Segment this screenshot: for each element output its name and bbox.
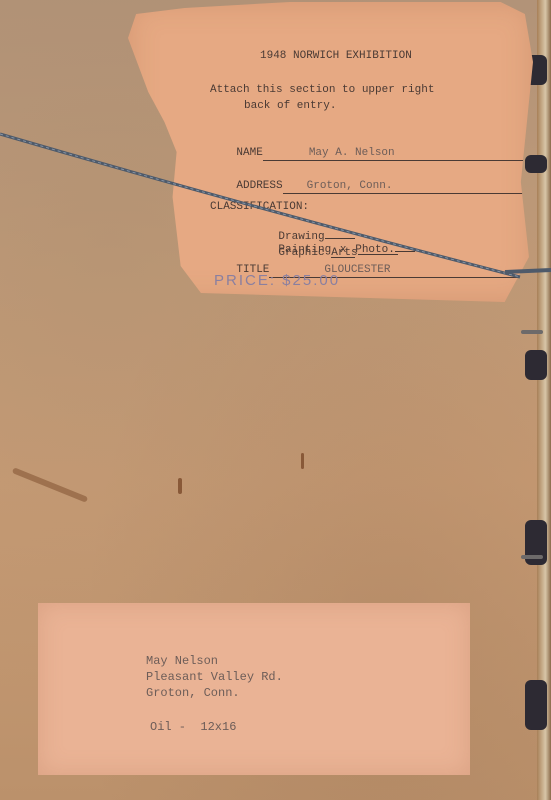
price-handwritten: PRICE: $25.00 [214, 274, 340, 287]
frame-tape [525, 350, 547, 380]
frame-tape [525, 680, 547, 730]
instruction-line-2: back of entry. [244, 100, 336, 113]
frame-nail [521, 555, 543, 559]
artist-name: May Nelson [146, 655, 218, 668]
artist-city: Groton, Conn. [146, 687, 240, 700]
artist-street: Pleasant Valley Rd. [146, 671, 283, 684]
frame-nail [521, 330, 543, 334]
stain-mark [178, 478, 182, 494]
classification-label: CLASSIFICATION: [210, 201, 309, 214]
medium-size: Oil - 12x16 [150, 721, 236, 734]
instruction-line-1: Attach this section to upper right [210, 84, 434, 97]
frame-tape [525, 155, 547, 173]
address-value: Groton, Conn. [283, 180, 533, 194]
exhibition-entry-label: 1948 NORWICH EXHIBITION Attach this sect… [128, 2, 533, 302]
exhibition-heading: 1948 NORWICH EXHIBITION [260, 50, 412, 63]
address-label: ADDRESS [236, 180, 282, 192]
name-label: NAME [236, 147, 262, 159]
stain-mark [301, 453, 304, 469]
artist-address-label: May Nelson Pleasant Valley Rd. Groton, C… [38, 603, 470, 775]
name-value: May A. Nelson [263, 147, 539, 161]
